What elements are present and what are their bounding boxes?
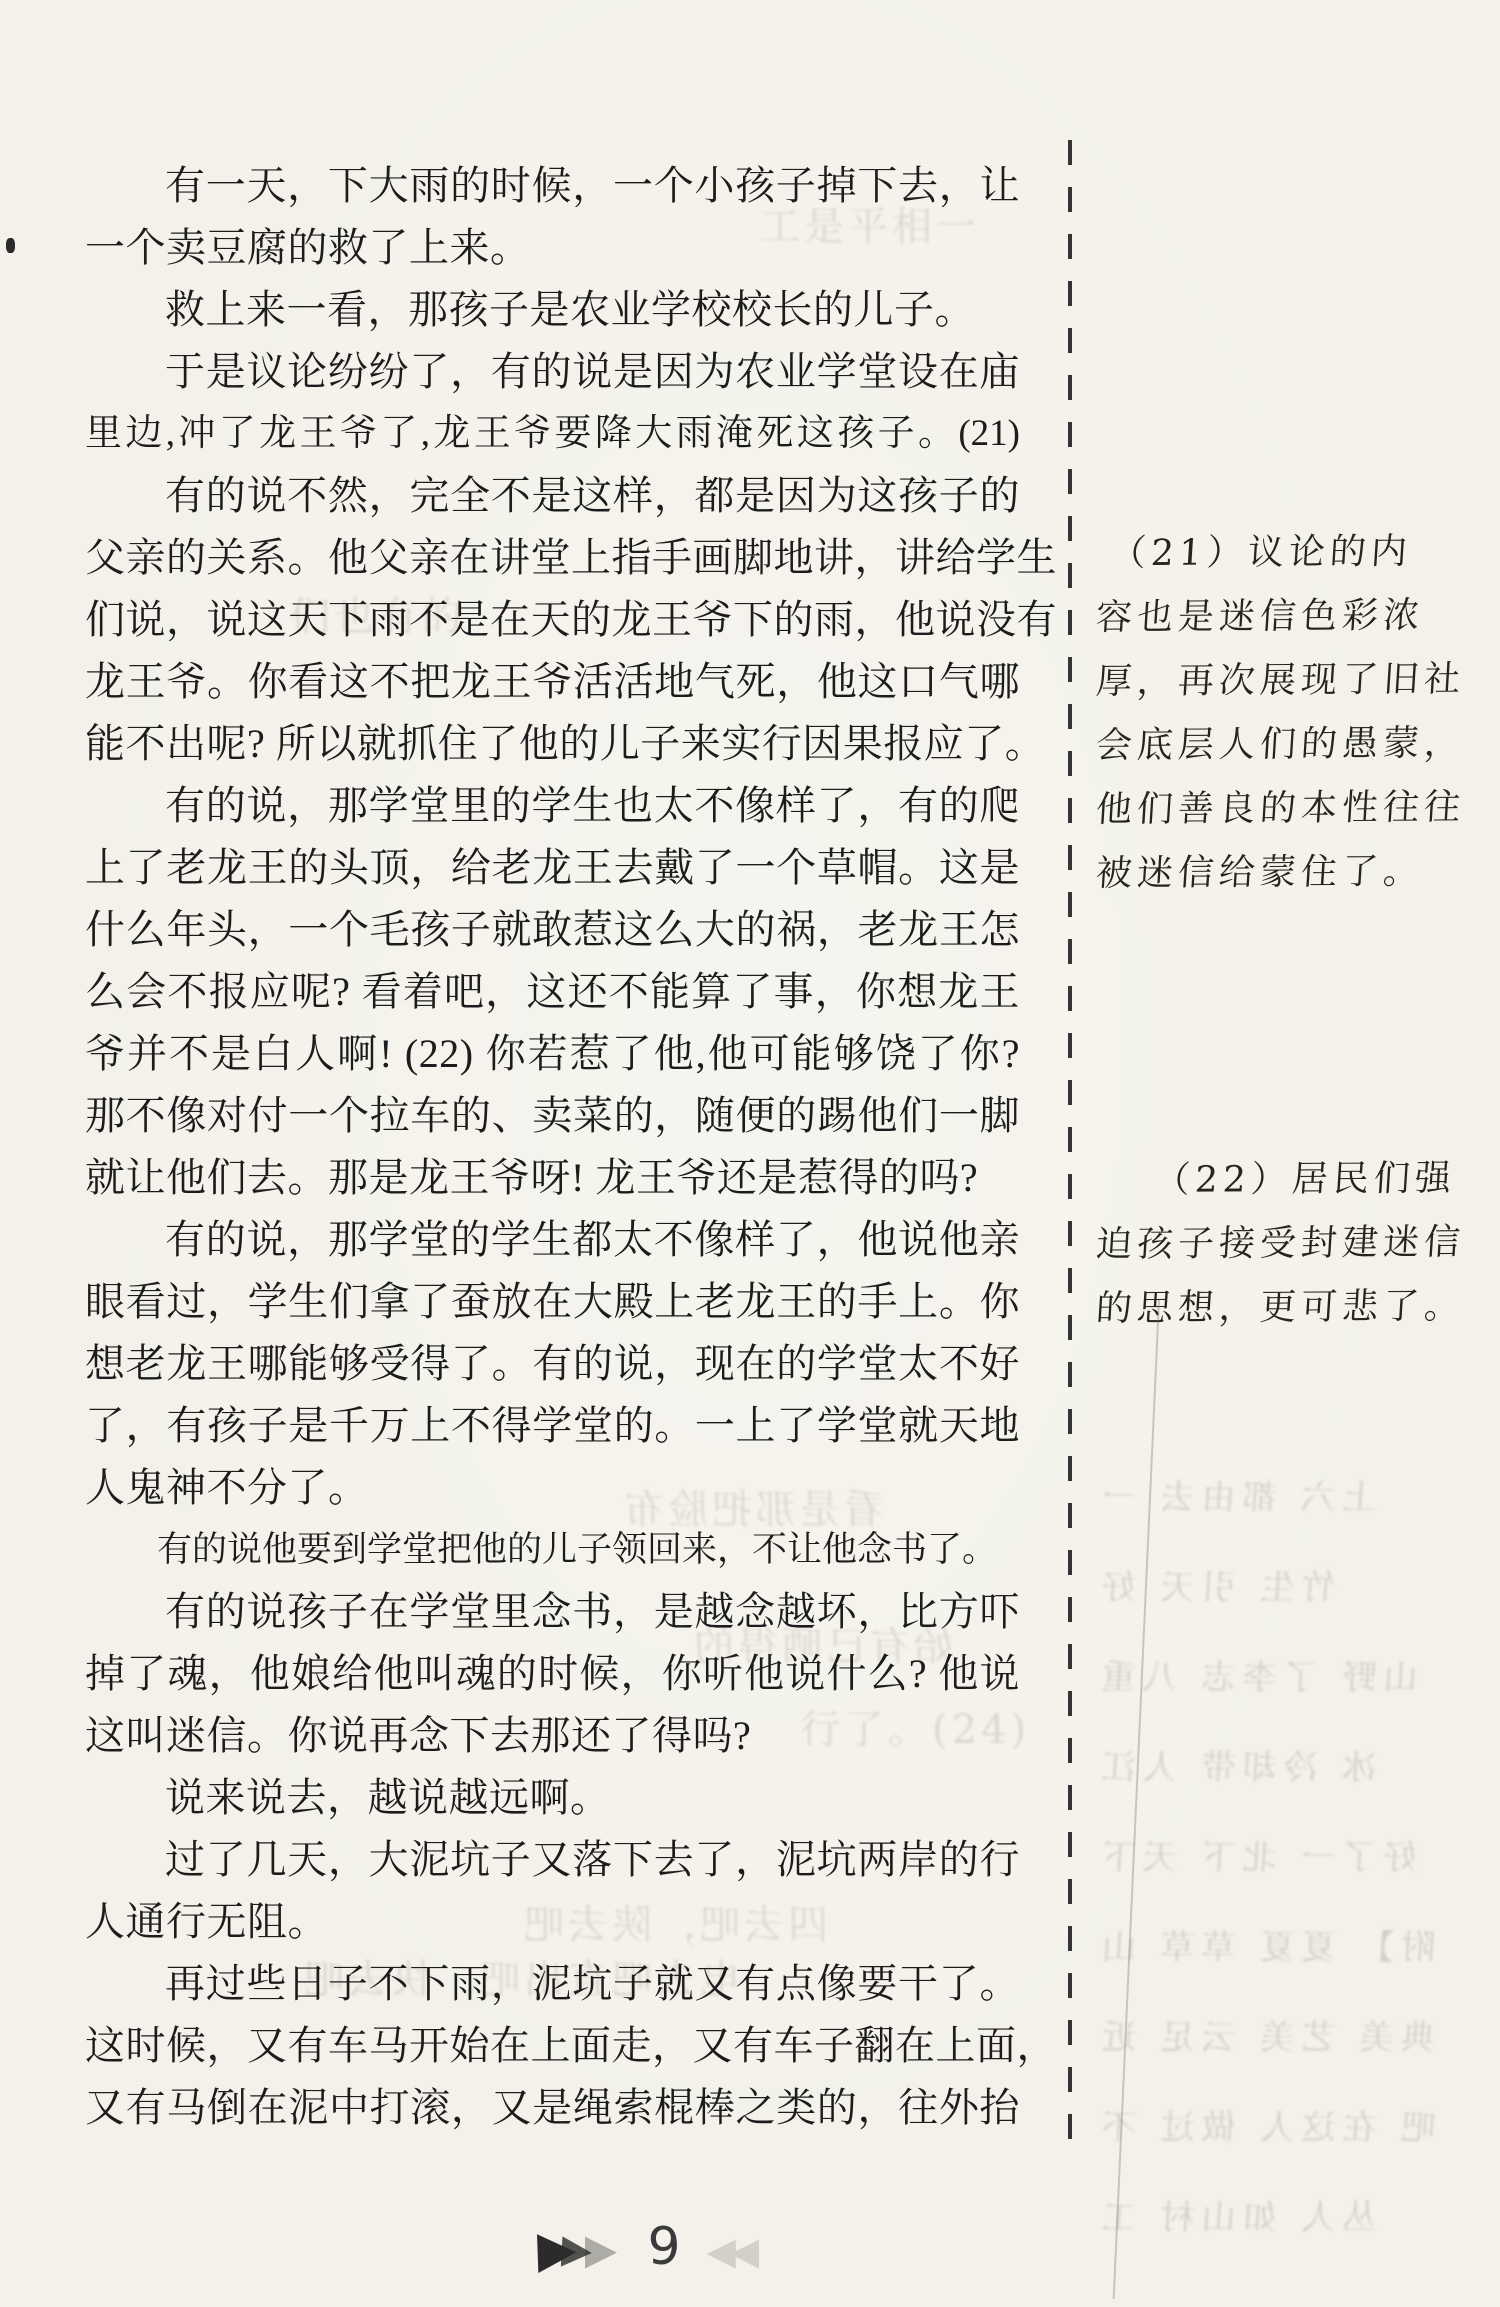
handwritten-annotation-21-line: 厚，再次展现了旧社 bbox=[1094, 648, 1493, 715]
handwritten-annotation-21-line: 被迷信给蒙住了。 bbox=[1094, 840, 1493, 907]
page-footer: ▶▶▶9◀◀ bbox=[540, 2212, 753, 2282]
book-page: 上六 都由去 一竹生 引天 好山野 了李志 八重冰 冷却带 人江好了一 北下 天… bbox=[0, 0, 1500, 2307]
handwritten-annotation-22-line: 的思想，更可悲了。 bbox=[1094, 1275, 1493, 1342]
handwritten-annotation-21-line: 他们善良的本性往往 bbox=[1094, 776, 1493, 843]
handwritten-annotation-22-line: 迫孩子接受封建迷信 bbox=[1094, 1211, 1493, 1278]
handwritten-annotation-21-line: 会底层人们的愚蒙， bbox=[1094, 712, 1493, 779]
footer-arrow-icon: ▶ bbox=[585, 2217, 617, 2284]
handwritten-annotation-21-line: （21）议论的内 bbox=[1094, 520, 1493, 587]
margin-annotations: （21）议论的内容也是迷信色彩浓厚，再次展现了旧社会底层人们的愚蒙，他们善良的本… bbox=[0, 0, 1500, 2307]
page-number: 9 bbox=[648, 2217, 681, 2277]
handwritten-annotation-21-line: 容也是迷信色彩浓 bbox=[1094, 584, 1493, 651]
handwritten-annotation-22-line: （22）居民们强 bbox=[1094, 1147, 1493, 1214]
ink-speck bbox=[6, 238, 15, 253]
footer-back-arrows-icon: ◀◀ bbox=[707, 2216, 753, 2286]
